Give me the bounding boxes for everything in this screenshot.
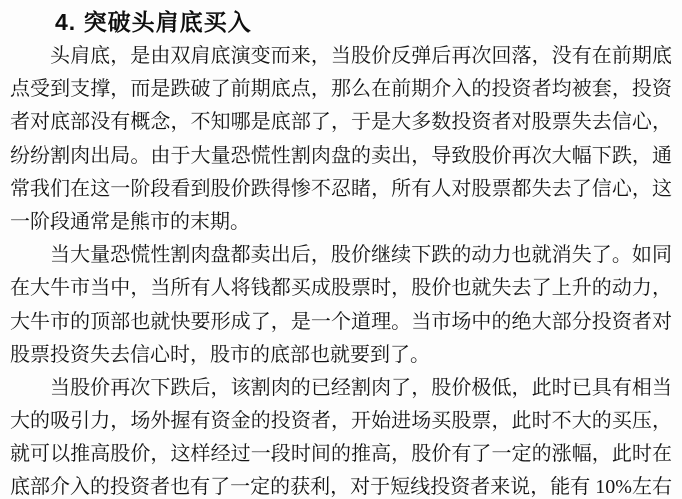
paragraph: 头肩底，是由双肩底演变而来，当股价反弹后再次回落，没有在前期底点受到支撑，而是跌… [10, 40, 672, 239]
book-page: 4. 突破头肩底买入 头肩底，是由双肩底演变而来，当股价反弹后再次回落，没有在前… [0, 0, 682, 499]
text-line: 点受到支撑，而是跌破了前期底点，那么在前期介入的投资者均被套，投资 [10, 73, 672, 106]
section-heading: 4. 突破头肩底买入 [55, 6, 672, 38]
text-line: 大的吸引力，场外握有资金的投资者，开始进场买股票，此时不大的买压， [10, 405, 672, 438]
text-line: 在大牛市当中，当所有人将钱都买成股票时，股价也就失去了上升的动力， [10, 272, 672, 305]
text-line: 大牛市的顶部也就快要形成了，是一个道理。当市场中的绝大部分投资者对 [10, 306, 672, 339]
paragraph: 当股价再次下跌后，该割肉的已经割肉了，股价极低，此时已具有相当大的吸引力，场外握… [10, 372, 672, 499]
text-line: 一阶段通常是熊市的末期。 [10, 206, 672, 239]
text-line: 底部介入的投资者也有了一定的获利，对于短线投资者来说，能有 10%左右的 [10, 471, 672, 499]
text-line: 者对底部没有概念，不知哪是底部了，于是大多数投资者对股票失去信心， [10, 106, 672, 139]
text-line: 当大量恐慌性割肉盘都卖出后，股价继续下跌的动力也就消失了。如同 [10, 239, 672, 272]
text-line: 就可以推高股价，这样经过一段时间的推高，股价有了一定的涨幅，此时在 [10, 438, 672, 471]
text-line: 常我们在这一阶段看到股价跌得惨不忍睹，所有人对股票都失去了信心，这 [10, 173, 672, 206]
text-line: 股票投资失去信心时，股市的底部也就要到了。 [10, 339, 672, 372]
body-text: 头肩底，是由双肩底演变而来，当股价反弹后再次回落，没有在前期底点受到支撑，而是跌… [10, 40, 672, 499]
text-line: 当股价再次下跌后，该割肉的已经割肉了，股价极低，此时已具有相当 [10, 372, 672, 405]
text-line: 纷纷割肉出局。由于大量恐慌性割肉盘的卖出，导致股价再次大幅下跌，通 [10, 140, 672, 173]
paragraph: 当大量恐慌性割肉盘都卖出后，股价继续下跌的动力也就消失了。如同在大牛市当中，当所… [10, 239, 672, 372]
text-line: 头肩底，是由双肩底演变而来，当股价反弹后再次回落，没有在前期底 [10, 40, 672, 73]
